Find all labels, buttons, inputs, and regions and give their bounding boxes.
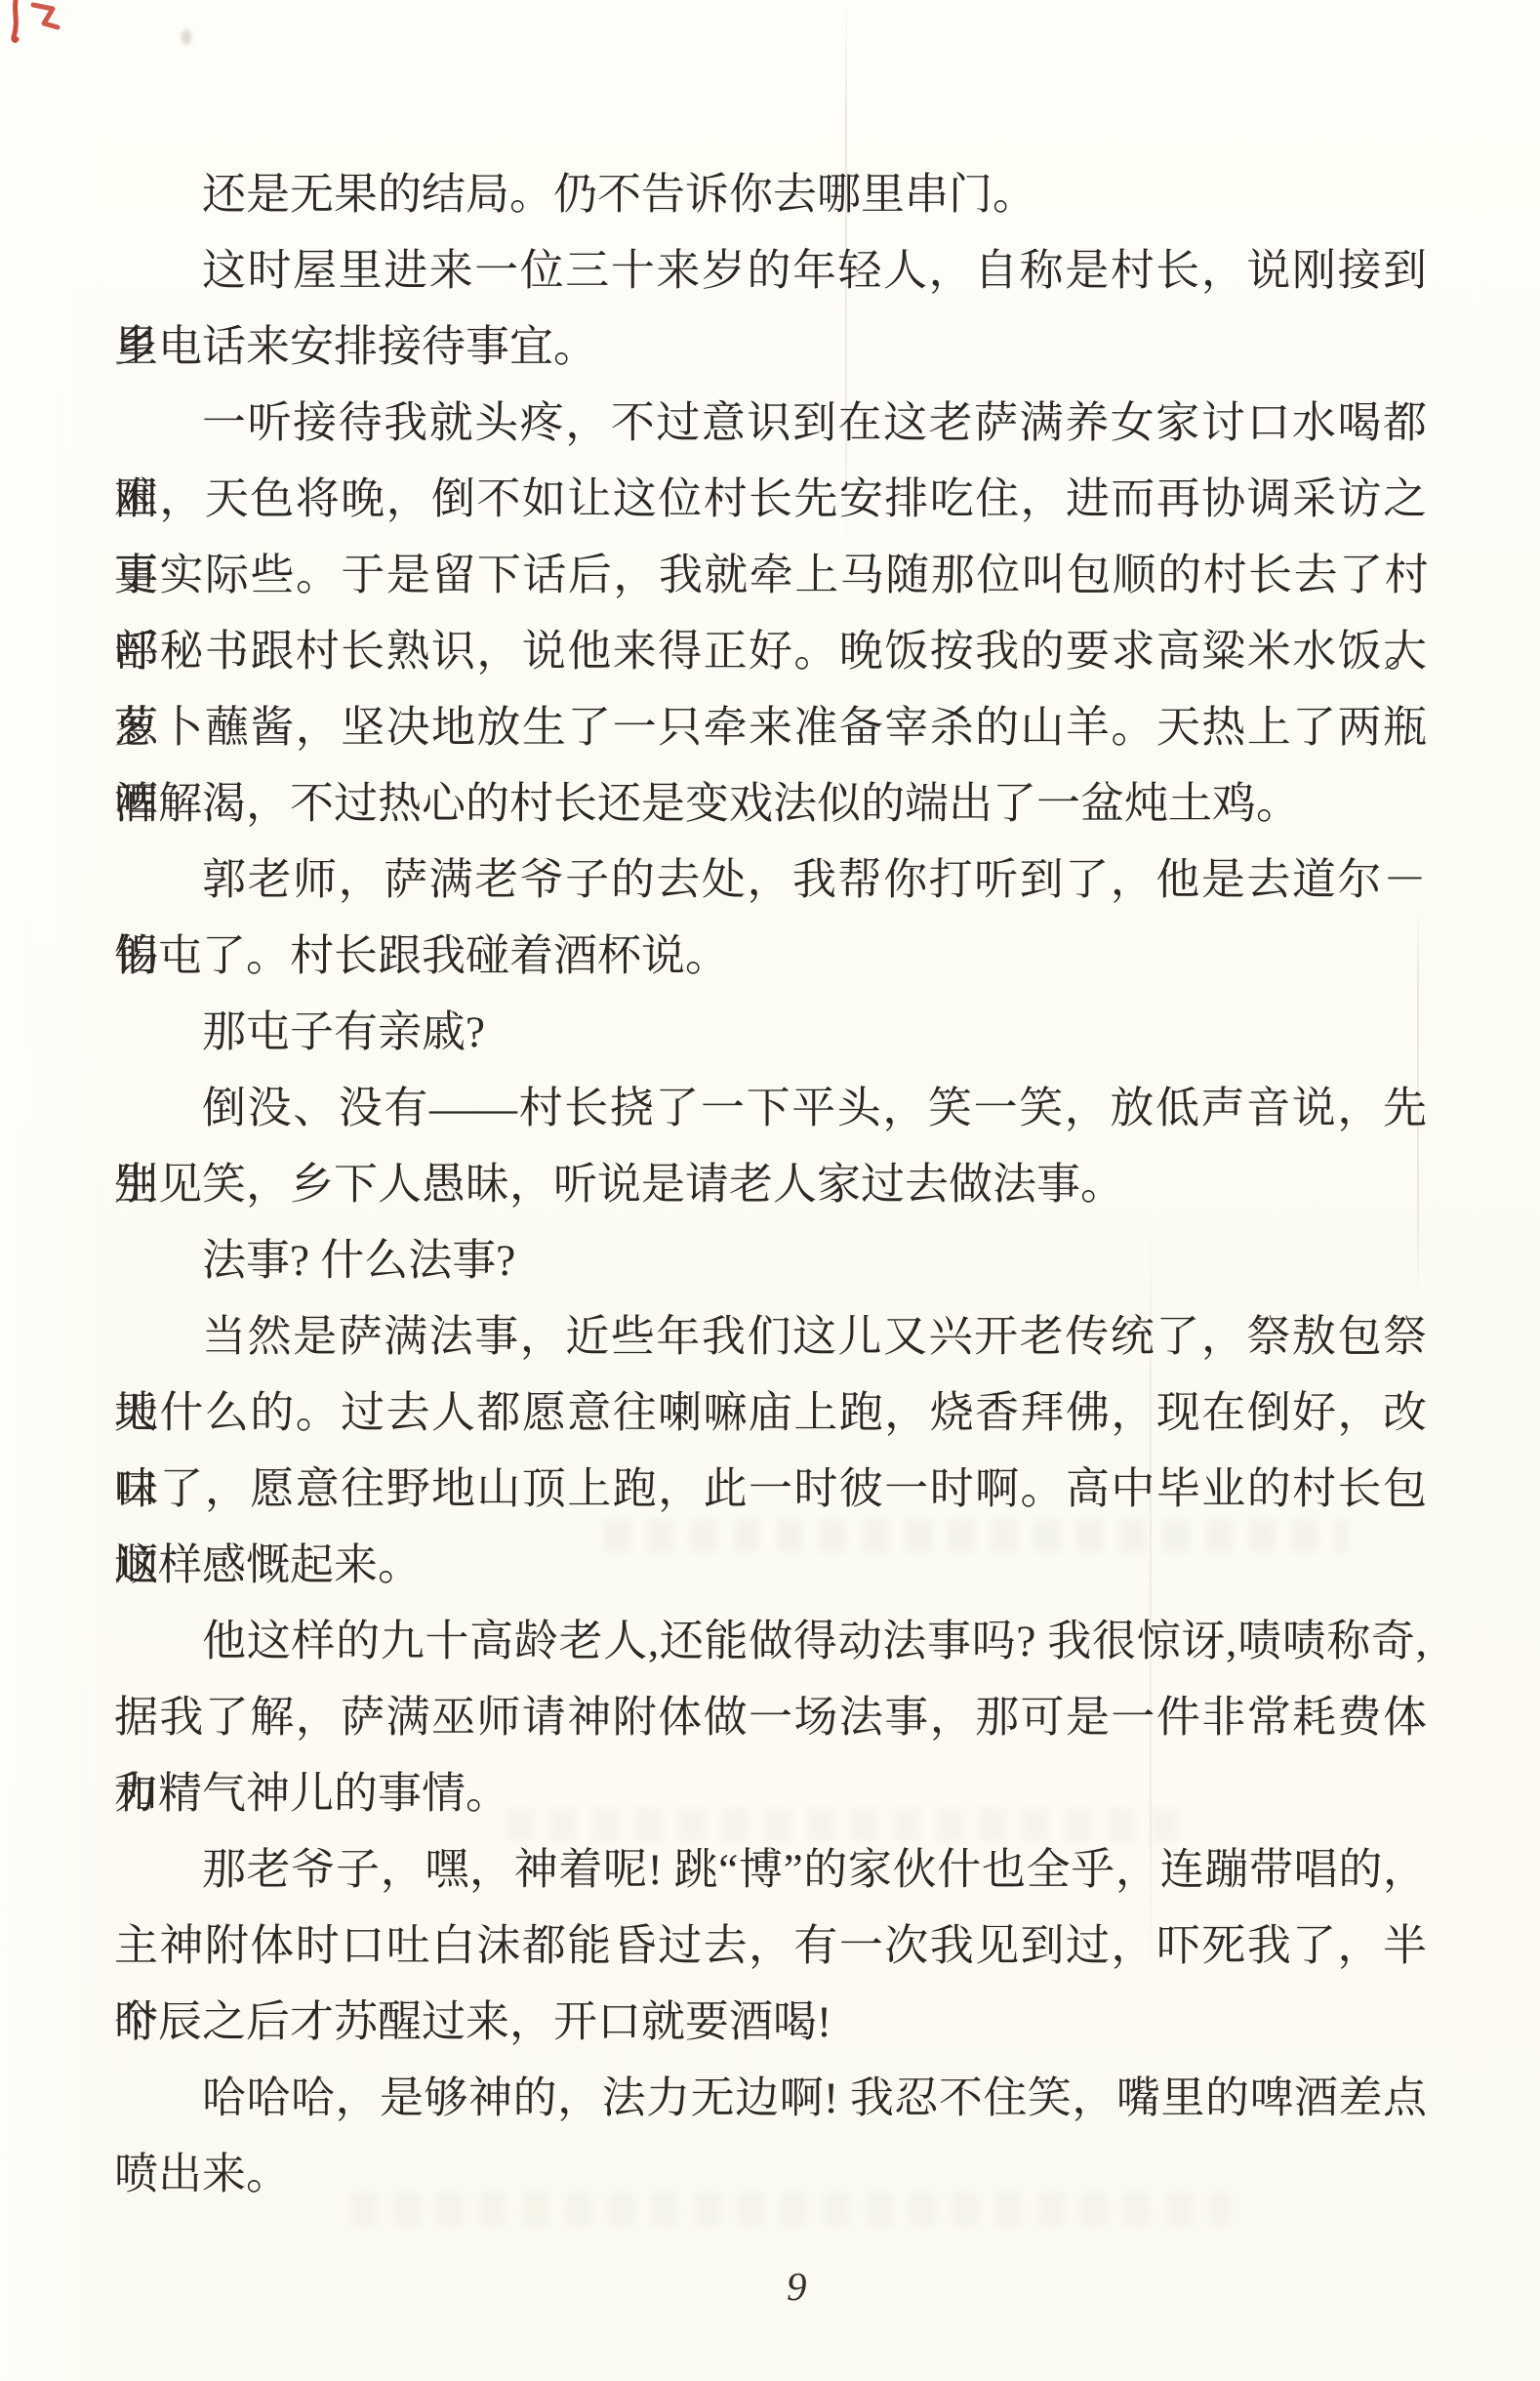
text-line: 那老爷子，嘿，神着呢! 跳“博”的家伙什也全乎，连蹦带唱的， bbox=[114, 1831, 1427, 1908]
text-line: 一听接待我就头疼，不过意识到在这老萨满养女家讨口水喝都困 bbox=[114, 385, 1427, 461]
text-line: 这样感慨起来。 bbox=[114, 1527, 1427, 1603]
text-line: 酒解渴，不过热心的村长还是变戏法似的端出了一盆炖土鸡。 bbox=[114, 765, 1427, 842]
text-line: 伯屯了。村长跟我碰着酒杯说。 bbox=[114, 918, 1427, 994]
text-line: 法事? 什么法事? bbox=[114, 1222, 1427, 1298]
text-line: 萝卜蘸酱，坚决地放生了一只牵来准备宰杀的山羊。天热上了两瓶啤 bbox=[114, 689, 1427, 765]
text-line: 哈哈哈，是够神的，法力无边啊! 我忍不住笑，嘴里的啤酒差点 bbox=[114, 2060, 1427, 2136]
text-line: 呼秘书跟村长熟识，说他来得正好。晚饭按我的要求高粱米水饭大葱 bbox=[114, 613, 1427, 689]
text-line: 郭老师，萨满老爷子的去处，我帮你打听到了，他是去道尔－锡 bbox=[114, 842, 1427, 918]
text-line: 喷出来。 bbox=[114, 2136, 1427, 2212]
text-block: 还是无果的结局。仍不告诉你去哪里串门。 这时屋里进来一位三十来岁的年轻人，自称是… bbox=[114, 156, 1427, 2212]
scanned-book-page: 还是无果的结局。仍不告诉你去哪里串门。 这时屋里进来一位三十来岁的年轻人，自称是… bbox=[0, 0, 1540, 2381]
text-line: 他这样的九十高龄老人,还能做得动法事吗? 我很惊讶,啧啧称奇, bbox=[114, 1603, 1427, 1679]
text-line: 地什么的。过去人都愿意往喇嘛庙上跑，烧香拜佛，现在倒好，改口 bbox=[114, 1375, 1427, 1451]
text-line: 味了，愿意往野地山顶上跑，此一时彼一时啊。高中毕业的村长包顺 bbox=[114, 1451, 1427, 1527]
text-line: 那屯子有亲戚? bbox=[114, 994, 1427, 1070]
text-line: 里电话来安排接待事宜。 bbox=[114, 308, 1427, 385]
text-line: 主神附体时口吐白沫都能昏过去，有一次我见到过，吓死我了，半个 bbox=[114, 1908, 1427, 1984]
page-number: 9 bbox=[787, 2263, 807, 2310]
text-line: 时辰之后才苏醒过来，开口就要酒喝! bbox=[114, 1984, 1427, 2060]
text-line: 当然是萨满法事，近些年我们这儿又兴开老传统了，祭敖包祭天 bbox=[114, 1298, 1427, 1375]
scan-speck bbox=[182, 29, 191, 45]
text-line: 更实际些。于是留下话后，我就牵上马随那位叫包顺的村长去了村部。 bbox=[114, 537, 1427, 613]
text-line: 据我了解，萨满巫师请神附体做一场法事，那可是一件非常耗费体力 bbox=[114, 1679, 1427, 1755]
red-pen-marks-icon bbox=[4, 0, 82, 47]
text-line: 倒没、没有——村长挠了一下平头，笑一笑，放低声音说，先生 bbox=[114, 1070, 1427, 1146]
text-line: 这时屋里进来一位三十来岁的年轻人，自称是村长，说刚接到乡 bbox=[114, 232, 1427, 308]
text-line: 和精气神儿的事情。 bbox=[114, 1755, 1427, 1831]
text-line: 别见笑，乡下人愚昧，听说是请老人家过去做法事。 bbox=[114, 1146, 1427, 1222]
text-line: 难，天色将晚，倒不如让这位村长先安排吃住，进而再协调采访之事 bbox=[114, 461, 1427, 537]
text-line: 还是无果的结局。仍不告诉你去哪里串门。 bbox=[114, 156, 1427, 232]
